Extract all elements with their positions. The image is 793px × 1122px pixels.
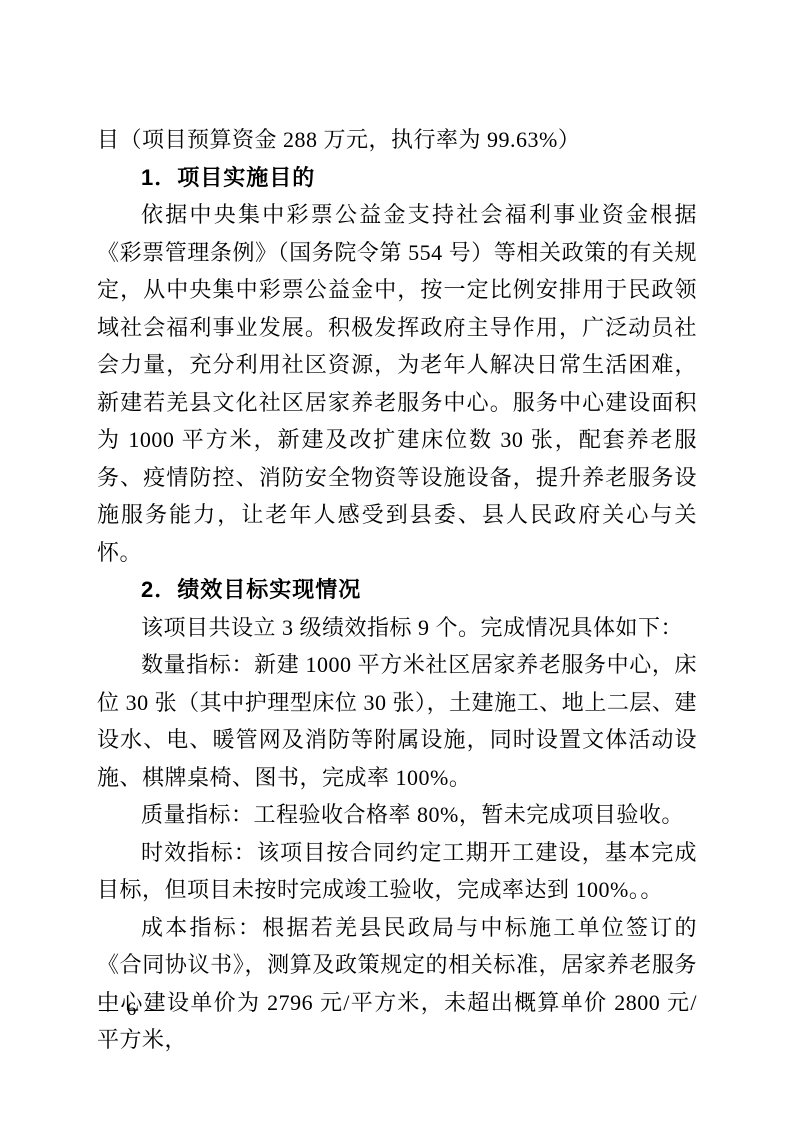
document-page: 目（项目预算资金 288 万元，执行率为 99.63%）1．项目实施目的依据中央… xyxy=(0,0,793,1122)
paragraph: 该项目共设立 3 级绩效指标 9 个。完成情况具体如下： xyxy=(97,609,697,647)
paragraph: 成本指标：根据若羌县民政局与中标施工单位签订的《合同协议书》，测算及政策规定的相… xyxy=(97,909,697,1059)
paragraph: 时效指标：该项目按合同约定工期开工建设，基本完成目标，但项目未按时完成竣工验收，… xyxy=(97,834,697,909)
section-heading: 2．绩效目标实现情况 xyxy=(97,571,697,609)
section-heading: 1．项目实施目的 xyxy=(97,159,697,197)
page-number: — 6 — xyxy=(99,998,166,1022)
paragraph: 数量指标：新建 1000 平方米社区居家养老服务中心，床位 30 张（其中护理型… xyxy=(97,646,697,796)
paragraph: 依据中央集中彩票公益金支持社会福利事业资金根据《彩票管理条例》（国务院令第 55… xyxy=(97,196,697,571)
paragraph: 目（项目预算资金 288 万元，执行率为 99.63%） xyxy=(97,121,697,159)
paragraph: 质量指标：工程验收合格率 80%，暂未完成项目验收。 xyxy=(97,796,697,834)
document-body: 目（项目预算资金 288 万元，执行率为 99.63%）1．项目实施目的依据中央… xyxy=(97,121,697,1059)
